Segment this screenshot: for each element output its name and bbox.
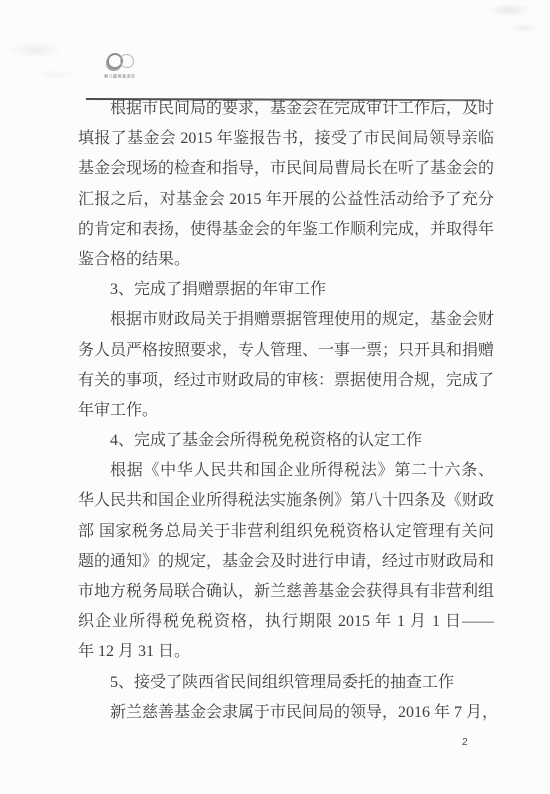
document-line: 务人员严格按照要求，专人管理、一事一票；只开具和捐赠	[78, 336, 494, 366]
document-line: 市地方税务局联合确认，新兰慈善基金会获得具有非营利组	[78, 577, 494, 607]
document-line: 填报了基金会 2015 年鉴报告书，接受了市民间局领导亲临	[78, 124, 494, 154]
document-line: 根据市民间局的要求，基金会在完成审计工作后，及时	[78, 94, 494, 124]
scan-smudge-top-left	[0, 20, 90, 100]
section-heading: 5、接受了陕西省民间组织管理局委托的抽查工作	[78, 668, 494, 698]
document-line: 年审工作。	[78, 396, 494, 426]
document-line: 根据《中华人民共和国企业所得税法》第二十六条、《中	[78, 456, 494, 486]
section-heading: 3、完成了捐赠票据的年审工作	[78, 275, 494, 305]
scanned-document-page: { "document": { "logo": { "caption": "新兰…	[0, 0, 550, 794]
document-line: 题的通知》的规定，基金会及时进行申请，经过市财政局和	[78, 547, 494, 577]
document-line: 年 12 月 31 日。	[78, 637, 494, 667]
document-line: 的肯定和表扬，使得基金会的年鉴工作顺利完成，并取得年	[78, 215, 494, 245]
logo-ring-right-icon	[120, 54, 134, 68]
document-line: 汇报之后，对基金会 2015 年开展的公益性活动给予了充分	[78, 185, 494, 215]
document-line: 部 国家税务总局关于非营利组织免税资格认定管理有关问	[78, 517, 494, 547]
document-line: 根据市财政局关于捐赠票据管理使用的规定，基金会财	[78, 305, 494, 335]
section-heading: 4、完成了基金会所得税免税资格的认定工作	[78, 426, 494, 456]
logo-caption: 新兰慈善基金会	[104, 73, 142, 79]
foundation-logo: 新兰慈善基金会	[104, 51, 144, 83]
document-line: 基金会现场的检查和指导，市民间局曹局长在听了基金会的	[78, 154, 494, 184]
document-line: 织企业所得税免税资格，执行期限 2015 年 1 月 1 日——2019	[78, 607, 494, 637]
document-line: 鉴合格的结果。	[78, 245, 494, 275]
page-number: 2	[462, 737, 468, 748]
document-line: 华人民共和国企业所得税法实施条例》第八十四条及《财政	[78, 486, 494, 516]
scan-smudge-top-right	[470, 0, 550, 60]
document-line: 有关的事项，经过市财政局的审核：票据使用合规，完成了	[78, 366, 494, 396]
document-line: 新兰慈善基金会隶属于市民间局的领导，2016 年 7 月，	[78, 698, 494, 728]
document-body: 根据市民间局的要求，基金会在完成审计工作后，及时 填报了基金会 2015 年鉴报…	[78, 94, 494, 728]
